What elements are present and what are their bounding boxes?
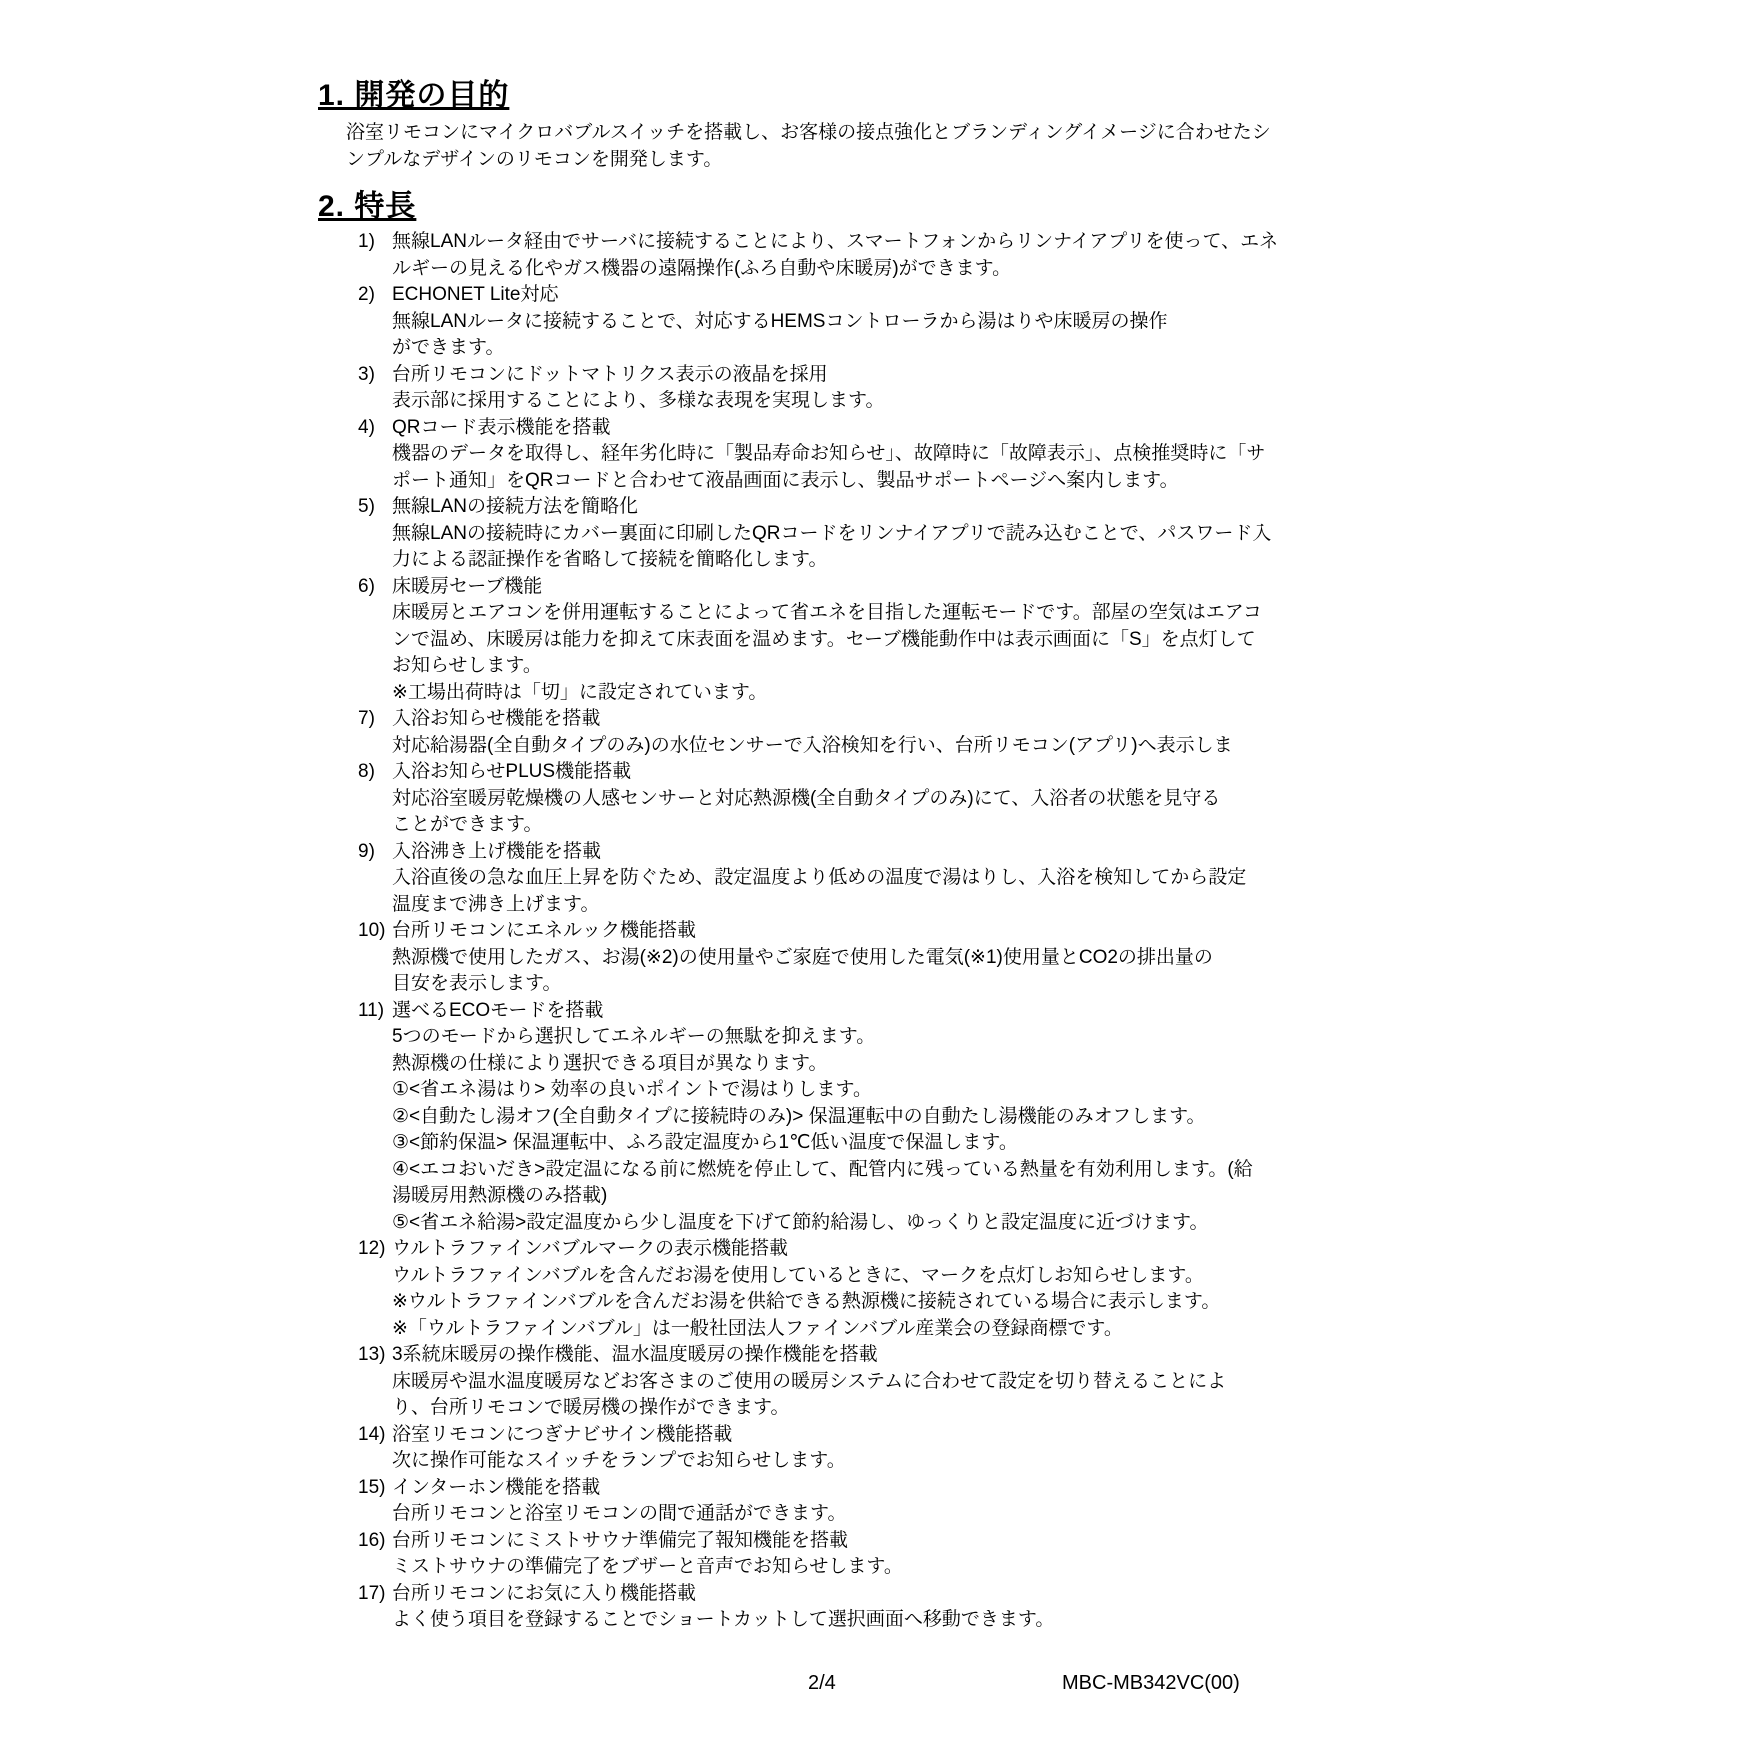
document-number: MBC-MB342VC(00) xyxy=(1062,1672,1240,1695)
feature-item-line: インターホン機能を搭載 xyxy=(392,1475,1288,1502)
feature-item-number: 14) xyxy=(358,1422,392,1475)
feature-item-text: 台所リモコンにお気に入り機能搭載よく使う項目を登録することでショートカットして選… xyxy=(392,1581,1288,1634)
feature-item-line: 無線LANの接続時にカバー裏面に印刷したQRコードをリンナイアプリで読み込むこと… xyxy=(392,521,1288,548)
feature-item-line: 床暖房とエアコンを併用運転することによって省エネを目指した運転モードです。部屋の… xyxy=(392,600,1288,627)
feature-item-line: 床暖房セーブ機能 xyxy=(392,574,1288,601)
purpose-line: ンプルなデザインのリモコンを開発します。 xyxy=(346,147,1288,174)
feature-item: 10)台所リモコンにエネルック機能搭載熱源機で使用したガス、お湯(※2)の使用量… xyxy=(358,918,1288,998)
feature-item-number: 6) xyxy=(358,574,392,707)
feature-item-line: 5つのモードから選択してエネルギーの無駄を抑えます。 xyxy=(392,1024,1288,1051)
feature-item-text: 無線LANの接続方法を簡略化無線LANの接続時にカバー裏面に印刷したQRコードを… xyxy=(392,494,1288,574)
purpose-paragraph: 浴室リモコンにマイクロバブルスイッチを搭載し、お客様の接点強化とブランディングイ… xyxy=(346,120,1288,173)
feature-item-number: 17) xyxy=(358,1581,392,1634)
feature-item-line: 入浴お知らせPLUS機能搭載 xyxy=(392,759,1288,786)
feature-item-text: インターホン機能を搭載台所リモコンと浴室リモコンの間で通話ができます。 xyxy=(392,1475,1288,1528)
feature-item-text: 台所リモコンにエネルック機能搭載熱源機で使用したガス、お湯(※2)の使用量やご家… xyxy=(392,918,1288,998)
feature-item-number: 11) xyxy=(358,998,392,1237)
feature-item-text: 入浴お知らせPLUS機能搭載対応浴室暖房乾燥機の人感センサーと対応熱源機(全自動… xyxy=(392,759,1288,839)
feature-item: 3)台所リモコンにドットマトリクス表示の液晶を採用表示部に採用することにより、多… xyxy=(358,362,1288,415)
feature-item-number: 7) xyxy=(358,706,392,759)
feature-item-line: 熱源機で使用したガス、お湯(※2)の使用量やご家庭で使用した電気(※1)使用量と… xyxy=(392,945,1288,972)
feature-item-line: ができます。 xyxy=(392,335,1288,362)
page-number: 2/4 xyxy=(808,1672,836,1695)
feature-item-text: 床暖房セーブ機能床暖房とエアコンを併用運転することによって省エネを目指した運転モ… xyxy=(392,574,1288,707)
feature-item-text: 3系統床暖房の操作機能、温水温度暖房の操作機能を搭載床暖房や温水温度暖房などお客… xyxy=(392,1342,1288,1422)
feature-item-line: ウルトラファインバブルを含んだお湯を使用しているときに、マークを点灯しお知らせし… xyxy=(392,1263,1288,1290)
feature-item-number: 9) xyxy=(358,839,392,919)
feature-item-text: 台所リモコンにミストサウナ準備完了報知機能を搭載ミストサウナの準備完了をブザーと… xyxy=(392,1528,1288,1581)
feature-item-line: 対応給湯器(全自動タイプのみ)の水位センサーで入浴検知を行い、台所リモコン(アプ… xyxy=(392,733,1288,760)
feature-item-line: QRコード表示機能を搭載 xyxy=(392,415,1288,442)
document-page: 1. 開発の目的 浴室リモコンにマイクロバブルスイッチを搭載し、お客様の接点強化… xyxy=(0,0,1754,1754)
feature-item-line: 温度まで沸き上げます。 xyxy=(392,892,1288,919)
feature-item-line: 台所リモコンにエネルック機能搭載 xyxy=(392,918,1288,945)
feature-item-line: 入浴沸き上げ機能を搭載 xyxy=(392,839,1288,866)
feature-item-line: ※工場出荷時は「切」に設定されています。 xyxy=(392,680,1288,707)
feature-item-line: ECHONET Lite対応 xyxy=(392,282,1288,309)
feature-item-text: 選べるECOモードを搭載5つのモードから選択してエネルギーの無駄を抑えます。熱源… xyxy=(392,998,1288,1237)
feature-item-line: ンで温め、床暖房は能力を抑えて床表面を温めます。セーブ機能動作中は表示画面に「S… xyxy=(392,627,1288,654)
feature-item-number: 4) xyxy=(358,415,392,495)
feature-item: 2)ECHONET Lite対応無線LANルータに接続することで、対応するHEM… xyxy=(358,282,1288,362)
feature-item-number: 12) xyxy=(358,1236,392,1342)
feature-item-line: り、台所リモコンで暖房機の操作ができます。 xyxy=(392,1395,1288,1422)
feature-item-line: 床暖房や温水温度暖房などお客さまのご使用の暖房システムに合わせて設定を切り替える… xyxy=(392,1369,1288,1396)
feature-item-number: 8) xyxy=(358,759,392,839)
feature-item: 11)選べるECOモードを搭載5つのモードから選択してエネルギーの無駄を抑えます… xyxy=(358,998,1288,1237)
feature-item-line: ウルトラファインバブルマークの表示機能搭載 xyxy=(392,1236,1288,1263)
feature-item-line: ルギーの見える化やガス機器の遠隔操作(ふろ自動や床暖房)ができます。 xyxy=(392,256,1288,283)
section-heading-features: 2. 特長 xyxy=(318,189,1288,225)
feature-item-line: 無線LANの接続方法を簡略化 xyxy=(392,494,1288,521)
feature-item-line: 力による認証操作を省略して接続を簡略化します。 xyxy=(392,547,1288,574)
feature-item-number: 1) xyxy=(358,229,392,282)
feature-item-line: 熱源機の仕様により選択できる項目が異なります。 xyxy=(392,1051,1288,1078)
feature-item-line: 機器のデータを取得し、経年劣化時に「製品寿命お知らせ」、故障時に「故障表示」、点… xyxy=(392,441,1288,468)
feature-item-line: 目安を表示します。 xyxy=(392,971,1288,998)
feature-item-number: 13) xyxy=(358,1342,392,1422)
features-list: 1)無線LANルータ経由でサーバに接続することにより、スマートフォンからリンナイ… xyxy=(358,229,1288,1634)
feature-item-line: 3系統床暖房の操作機能、温水温度暖房の操作機能を搭載 xyxy=(392,1342,1288,1369)
feature-item-line: ※ウルトラファインバブルを含んだお湯を供給できる熱源機に接続されている場合に表示… xyxy=(392,1289,1288,1316)
feature-item: 6)床暖房セーブ機能床暖房とエアコンを併用運転することによって省エネを目指した運… xyxy=(358,574,1288,707)
feature-item-text: QRコード表示機能を搭載機器のデータを取得し、経年劣化時に「製品寿命お知らせ」、… xyxy=(392,415,1288,495)
feature-item-text: 入浴沸き上げ機能を搭載入浴直後の急な血圧上昇を防ぐため、設定温度より低めの温度で… xyxy=(392,839,1288,919)
feature-item-number: 16) xyxy=(358,1528,392,1581)
feature-item-text: 台所リモコンにドットマトリクス表示の液晶を採用表示部に採用することにより、多様な… xyxy=(392,362,1288,415)
feature-item-number: 10) xyxy=(358,918,392,998)
feature-item-text: 無線LANルータ経由でサーバに接続することにより、スマートフォンからリンナイアプ… xyxy=(392,229,1288,282)
feature-item: 9)入浴沸き上げ機能を搭載入浴直後の急な血圧上昇を防ぐため、設定温度より低めの温… xyxy=(358,839,1288,919)
feature-item-line: ポート通知」をQRコードと合わせて液晶画面に表示し、製品サポートページへ案内しま… xyxy=(392,468,1288,495)
feature-item-line: 無線LANルータ経由でサーバに接続することにより、スマートフォンからリンナイアプ… xyxy=(392,229,1288,256)
feature-item-line: 台所リモコンと浴室リモコンの間で通話ができます。 xyxy=(392,1501,1288,1528)
feature-item-line: 対応浴室暖房乾燥機の人感センサーと対応熱源機(全自動タイプのみ)にて、入浴者の状… xyxy=(392,786,1288,813)
feature-item: 12)ウルトラファインバブルマークの表示機能搭載ウルトラファインバブルを含んだお… xyxy=(358,1236,1288,1342)
feature-item-number: 3) xyxy=(358,362,392,415)
feature-item: 13)3系統床暖房の操作機能、温水温度暖房の操作機能を搭載床暖房や温水温度暖房な… xyxy=(358,1342,1288,1422)
feature-item-line: よく使う項目を登録することでショートカットして選択画面へ移動できます。 xyxy=(392,1607,1288,1634)
feature-item-line: ①<省エネ湯はり> 効率の良いポイントで湯はりします。 xyxy=(392,1077,1288,1104)
feature-item-line: 入浴直後の急な血圧上昇を防ぐため、設定温度より低めの温度で湯はりし、入浴を検知し… xyxy=(392,865,1288,892)
feature-item-line: 表示部に採用することにより、多様な表現を実現します。 xyxy=(392,388,1288,415)
feature-item: 17)台所リモコンにお気に入り機能搭載よく使う項目を登録することでショートカット… xyxy=(358,1581,1288,1634)
feature-item-line: 次に操作可能なスイッチをランプでお知らせします。 xyxy=(392,1448,1288,1475)
feature-item-line: ③<節約保温> 保温運転中、ふろ設定温度から1℃低い温度で保温します。 xyxy=(392,1130,1288,1157)
feature-item-number: 5) xyxy=(358,494,392,574)
feature-item-line: お知らせします。 xyxy=(392,653,1288,680)
feature-item-line: ⑤<省エネ給湯>設定温度から少し温度を下げて節約給湯し、ゆっくりと設定温度に近づ… xyxy=(392,1210,1288,1237)
feature-item-line: ④<エコおいだき>設定温になる前に燃焼を停止して、配管内に残っている熱量を有効利… xyxy=(392,1157,1288,1184)
section-heading-purpose: 1. 開発の目的 xyxy=(318,78,1288,114)
feature-item-line: ※「ウルトラファインバブル」は一般社団法人ファインバブル産業会の登録商標です。 xyxy=(392,1316,1288,1343)
feature-item-line: 湯暖房用熱源機のみ搭載) xyxy=(392,1183,1288,1210)
feature-item-line: ②<自動たし湯オフ(全自動タイプに接続時のみ)> 保温運転中の自動たし湯機能のみ… xyxy=(392,1104,1288,1131)
purpose-line: 浴室リモコンにマイクロバブルスイッチを搭載し、お客様の接点強化とブランディングイ… xyxy=(346,120,1288,147)
feature-item: 15)インターホン機能を搭載台所リモコンと浴室リモコンの間で通話ができます。 xyxy=(358,1475,1288,1528)
feature-item-line: ミストサウナの準備完了をブザーと音声でお知らせします。 xyxy=(392,1554,1288,1581)
feature-item: 8)入浴お知らせPLUS機能搭載対応浴室暖房乾燥機の人感センサーと対応熱源機(全… xyxy=(358,759,1288,839)
feature-item: 14)浴室リモコンにつぎナビサイン機能搭載次に操作可能なスイッチをランプでお知ら… xyxy=(358,1422,1288,1475)
feature-item: 4)QRコード表示機能を搭載機器のデータを取得し、経年劣化時に「製品寿命お知らせ… xyxy=(358,415,1288,495)
feature-item-text: ウルトラファインバブルマークの表示機能搭載ウルトラファインバブルを含んだお湯を使… xyxy=(392,1236,1288,1342)
feature-item: 1)無線LANルータ経由でサーバに接続することにより、スマートフォンからリンナイ… xyxy=(358,229,1288,282)
feature-item-text: 入浴お知らせ機能を搭載対応給湯器(全自動タイプのみ)の水位センサーで入浴検知を行… xyxy=(392,706,1288,759)
feature-item-number: 15) xyxy=(358,1475,392,1528)
feature-item-line: 台所リモコンにドットマトリクス表示の液晶を採用 xyxy=(392,362,1288,389)
feature-item-line: 浴室リモコンにつぎナビサイン機能搭載 xyxy=(392,1422,1288,1449)
feature-item-line: 選べるECOモードを搭載 xyxy=(392,998,1288,1025)
feature-item: 5)無線LANの接続方法を簡略化無線LANの接続時にカバー裏面に印刷したQRコー… xyxy=(358,494,1288,574)
feature-item-line: ことができます。 xyxy=(392,812,1288,839)
feature-item-line: 台所リモコンにミストサウナ準備完了報知機能を搭載 xyxy=(392,1528,1288,1555)
feature-item-number: 2) xyxy=(358,282,392,362)
feature-item: 16)台所リモコンにミストサウナ準備完了報知機能を搭載ミストサウナの準備完了をブ… xyxy=(358,1528,1288,1581)
feature-item: 7)入浴お知らせ機能を搭載対応給湯器(全自動タイプのみ)の水位センサーで入浴検知… xyxy=(358,706,1288,759)
feature-item-line: 入浴お知らせ機能を搭載 xyxy=(392,706,1288,733)
feature-item-line: 台所リモコンにお気に入り機能搭載 xyxy=(392,1581,1288,1608)
document-content: 1. 開発の目的 浴室リモコンにマイクロバブルスイッチを搭載し、お客様の接点強化… xyxy=(318,78,1288,1634)
feature-item-text: 浴室リモコンにつぎナビサイン機能搭載次に操作可能なスイッチをランプでお知らせしま… xyxy=(392,1422,1288,1475)
feature-item-line: 無線LANルータに接続することで、対応するHEMSコントローラから湯はりや床暖房… xyxy=(392,309,1288,336)
feature-item-text: ECHONET Lite対応無線LANルータに接続することで、対応するHEMSコ… xyxy=(392,282,1288,362)
